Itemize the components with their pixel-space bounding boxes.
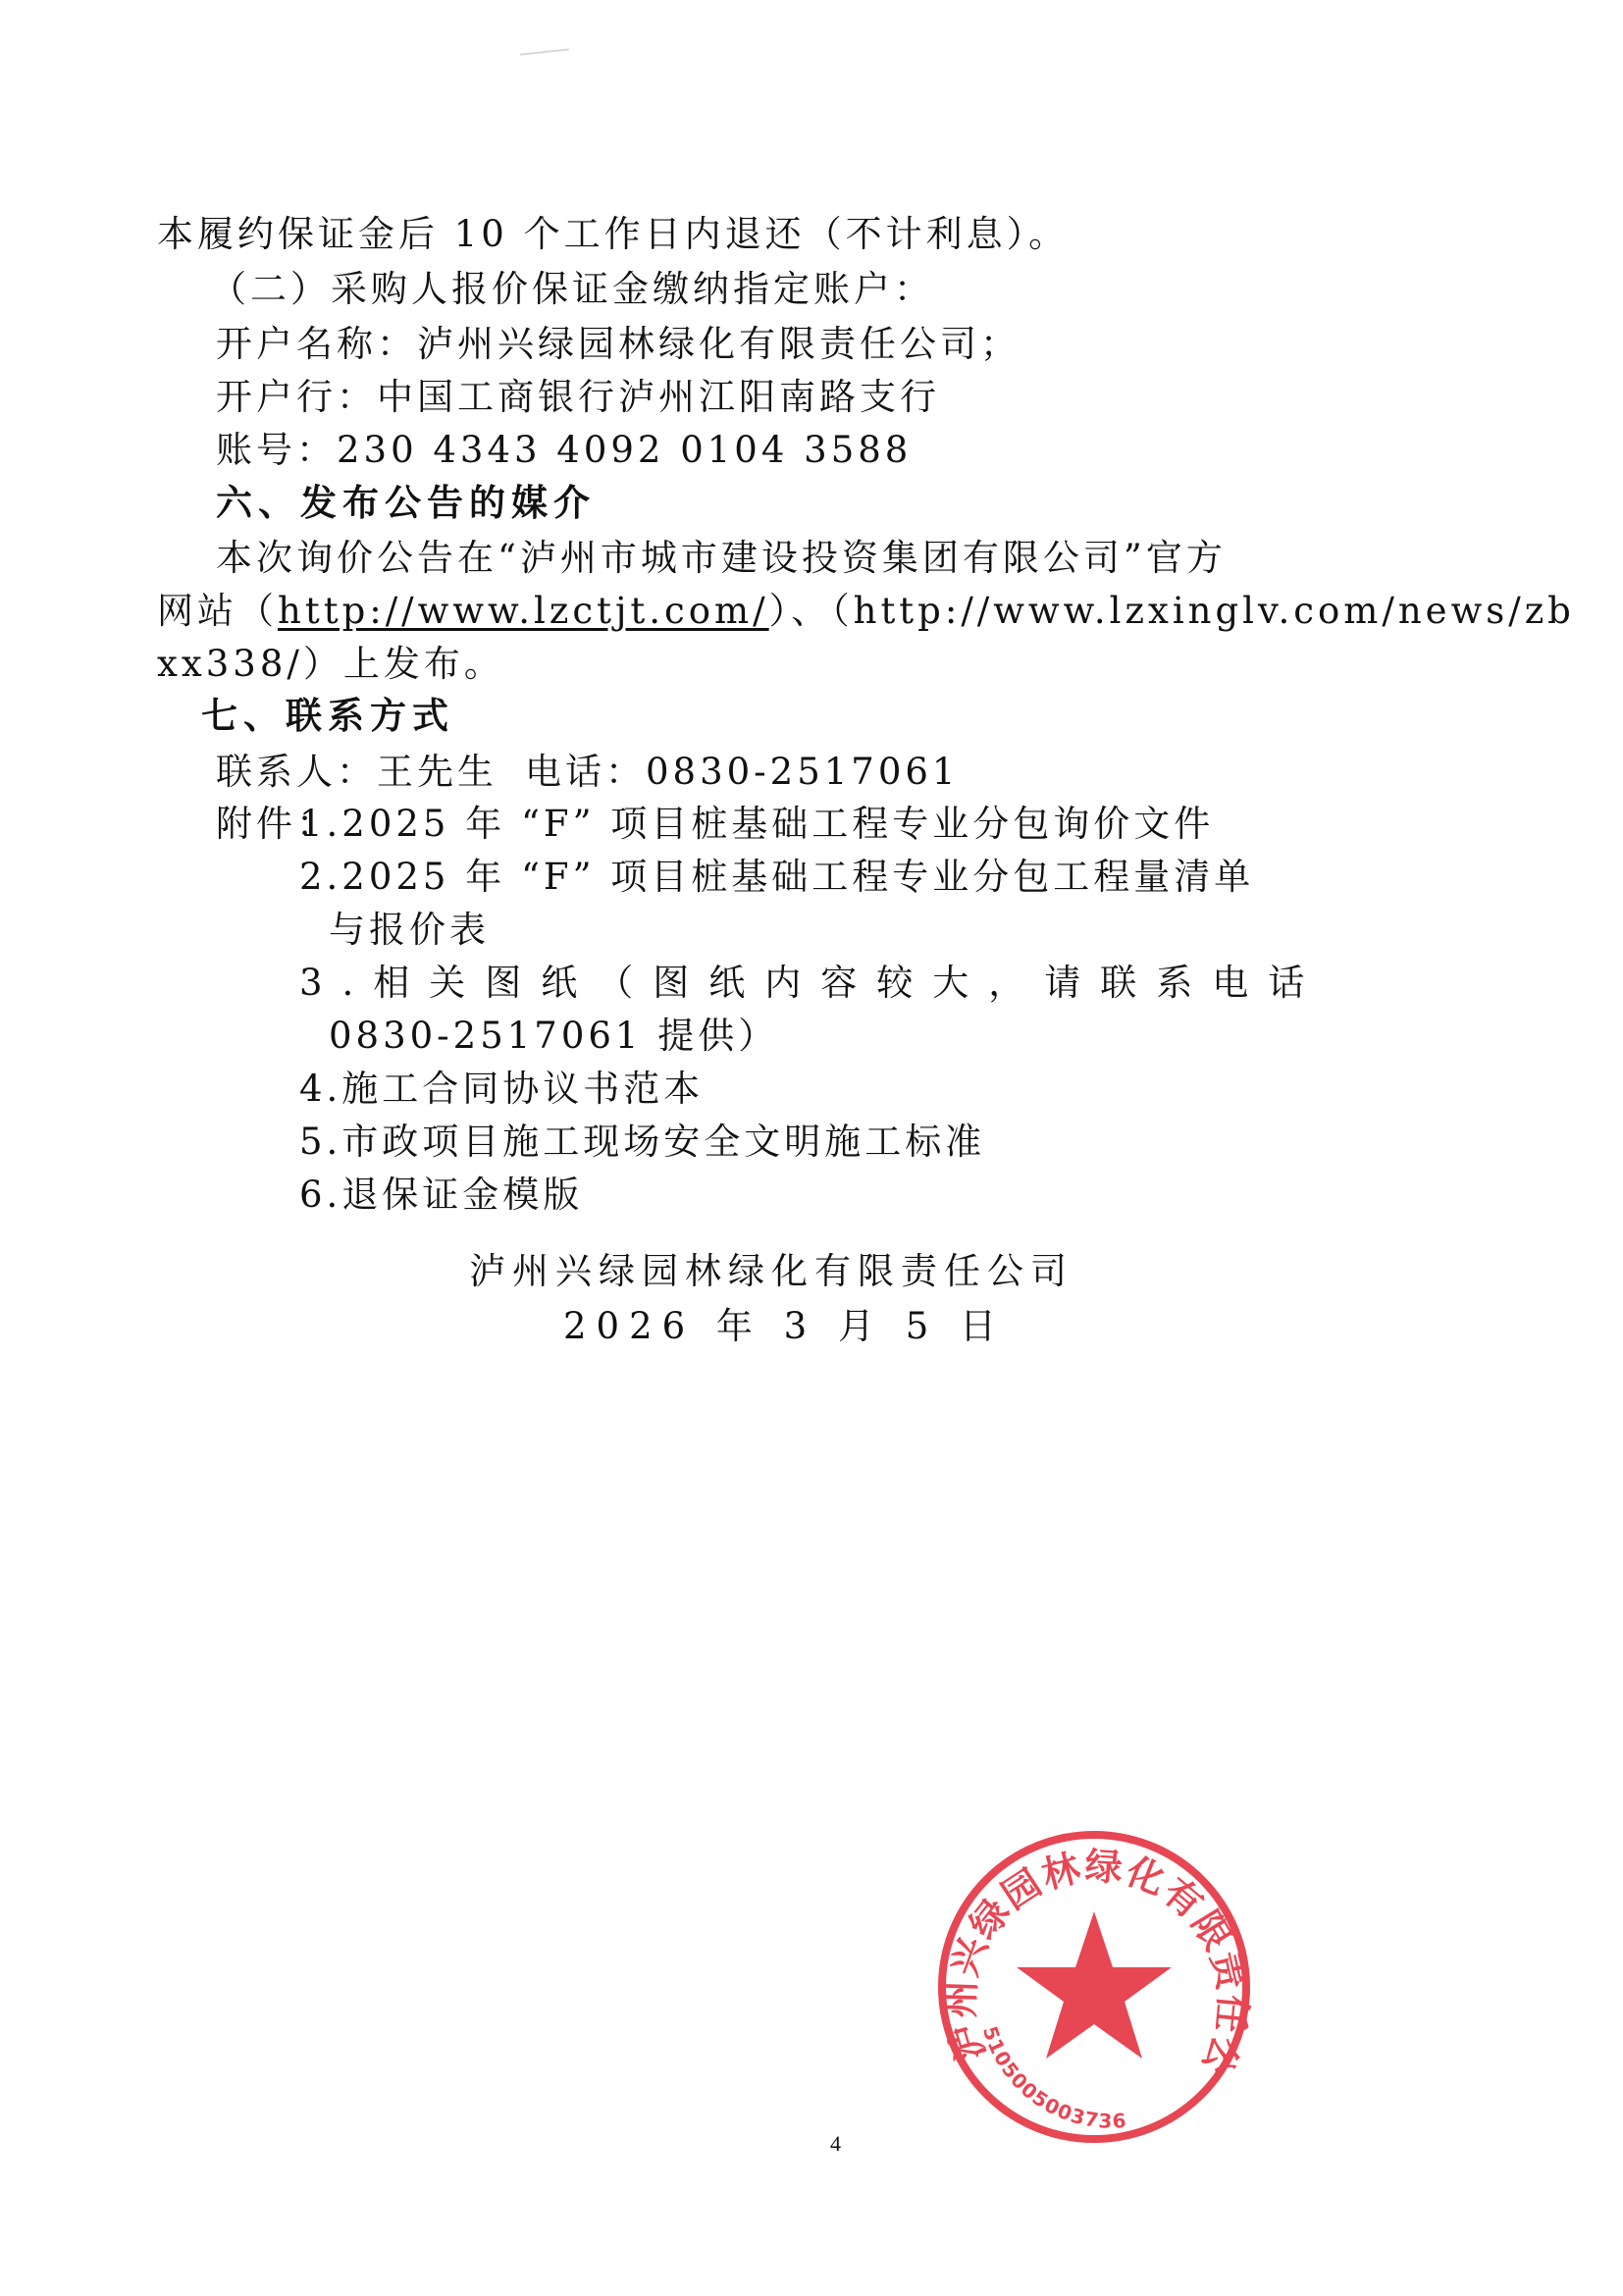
attachment-item: 2.2025 年 “F” 项目桩基础工程专业分包工程量清单 bbox=[299, 854, 1254, 901]
company-seal-stamp: 泸州兴绿园林绿化有限责任公司 5105005003736 bbox=[932, 1825, 1256, 2149]
subsection-deposit-account: （二）采购人报价保证金缴纳指定账户： bbox=[210, 266, 934, 313]
section-6-body-line3: xx338/）上发布。 bbox=[157, 641, 504, 688]
signature-date: 2026 年 3 月 5 日 bbox=[563, 1303, 1006, 1350]
scan-artifact bbox=[520, 48, 569, 55]
seal-ring-text: 泸州兴绿园林绿化有限责任公司 bbox=[932, 1825, 1255, 2083]
svg-text:泸州兴绿园林绿化有限责任公司: 泸州兴绿园林绿化有限责任公司 bbox=[932, 1825, 1255, 2083]
contact-phone: 电话：0830-2517061 bbox=[525, 749, 959, 796]
star-icon bbox=[1017, 1911, 1172, 2059]
account-number: 账号：230 4343 4092 0104 3588 bbox=[216, 427, 912, 474]
section-6-body-line2: 网站（http://www.lzctjt.com/）、（http://www.l… bbox=[157, 588, 1575, 635]
section-7-heading: 七、联系方式 bbox=[201, 693, 454, 740]
bank-name: 开户行：中国工商银行泸州江阳南路支行 bbox=[216, 374, 940, 421]
page-number: 4 bbox=[830, 2131, 841, 2157]
seal-code-text: 5105005003736 bbox=[978, 2023, 1127, 2133]
attachment-item: 3.相关图纸（图纸内容较大，请联系电话 bbox=[299, 960, 1324, 1007]
attachment-item-continuation: 0830-2517061 提供） bbox=[329, 1013, 778, 1060]
attachment-item: 6.退保证金模版 bbox=[299, 1172, 583, 1219]
attachment-item: 5.市政项目施工现场安全文明施工标准 bbox=[299, 1119, 985, 1166]
account-name: 开户名称：泸州兴绿园林绿化有限责任公司； bbox=[216, 321, 1021, 368]
attachment-item: 1.2025 年 “F” 项目桩基础工程专业分包询价文件 bbox=[299, 801, 1214, 848]
svg-text:5105005003736: 5105005003736 bbox=[978, 2023, 1127, 2133]
section-6-heading: 六、发布公告的媒介 bbox=[216, 480, 596, 527]
body-text: ）、（http://www.lzxinglv.com/news/zb bbox=[769, 590, 1575, 632]
link-lzctjt[interactable]: http://www.lzctjt.com/ bbox=[278, 590, 769, 632]
attachment-item-continuation: 与报价表 bbox=[329, 907, 490, 954]
contact-person: 联系人：王先生 bbox=[216, 749, 497, 796]
attachment-item: 4.施工合同协议书范本 bbox=[299, 1066, 704, 1113]
section-6-body-line1: 本次询价公告在“泸州市城市建设投资集团有限公司”官方 bbox=[216, 535, 1227, 582]
body-text: 网站（ bbox=[157, 590, 278, 632]
signature-company: 泸州兴绿园林绿化有限责任公司 bbox=[469, 1248, 1073, 1295]
paragraph-refund-tail: 本履约保证金后 10 个工作日内退还（不计利息）。 bbox=[157, 211, 1069, 258]
